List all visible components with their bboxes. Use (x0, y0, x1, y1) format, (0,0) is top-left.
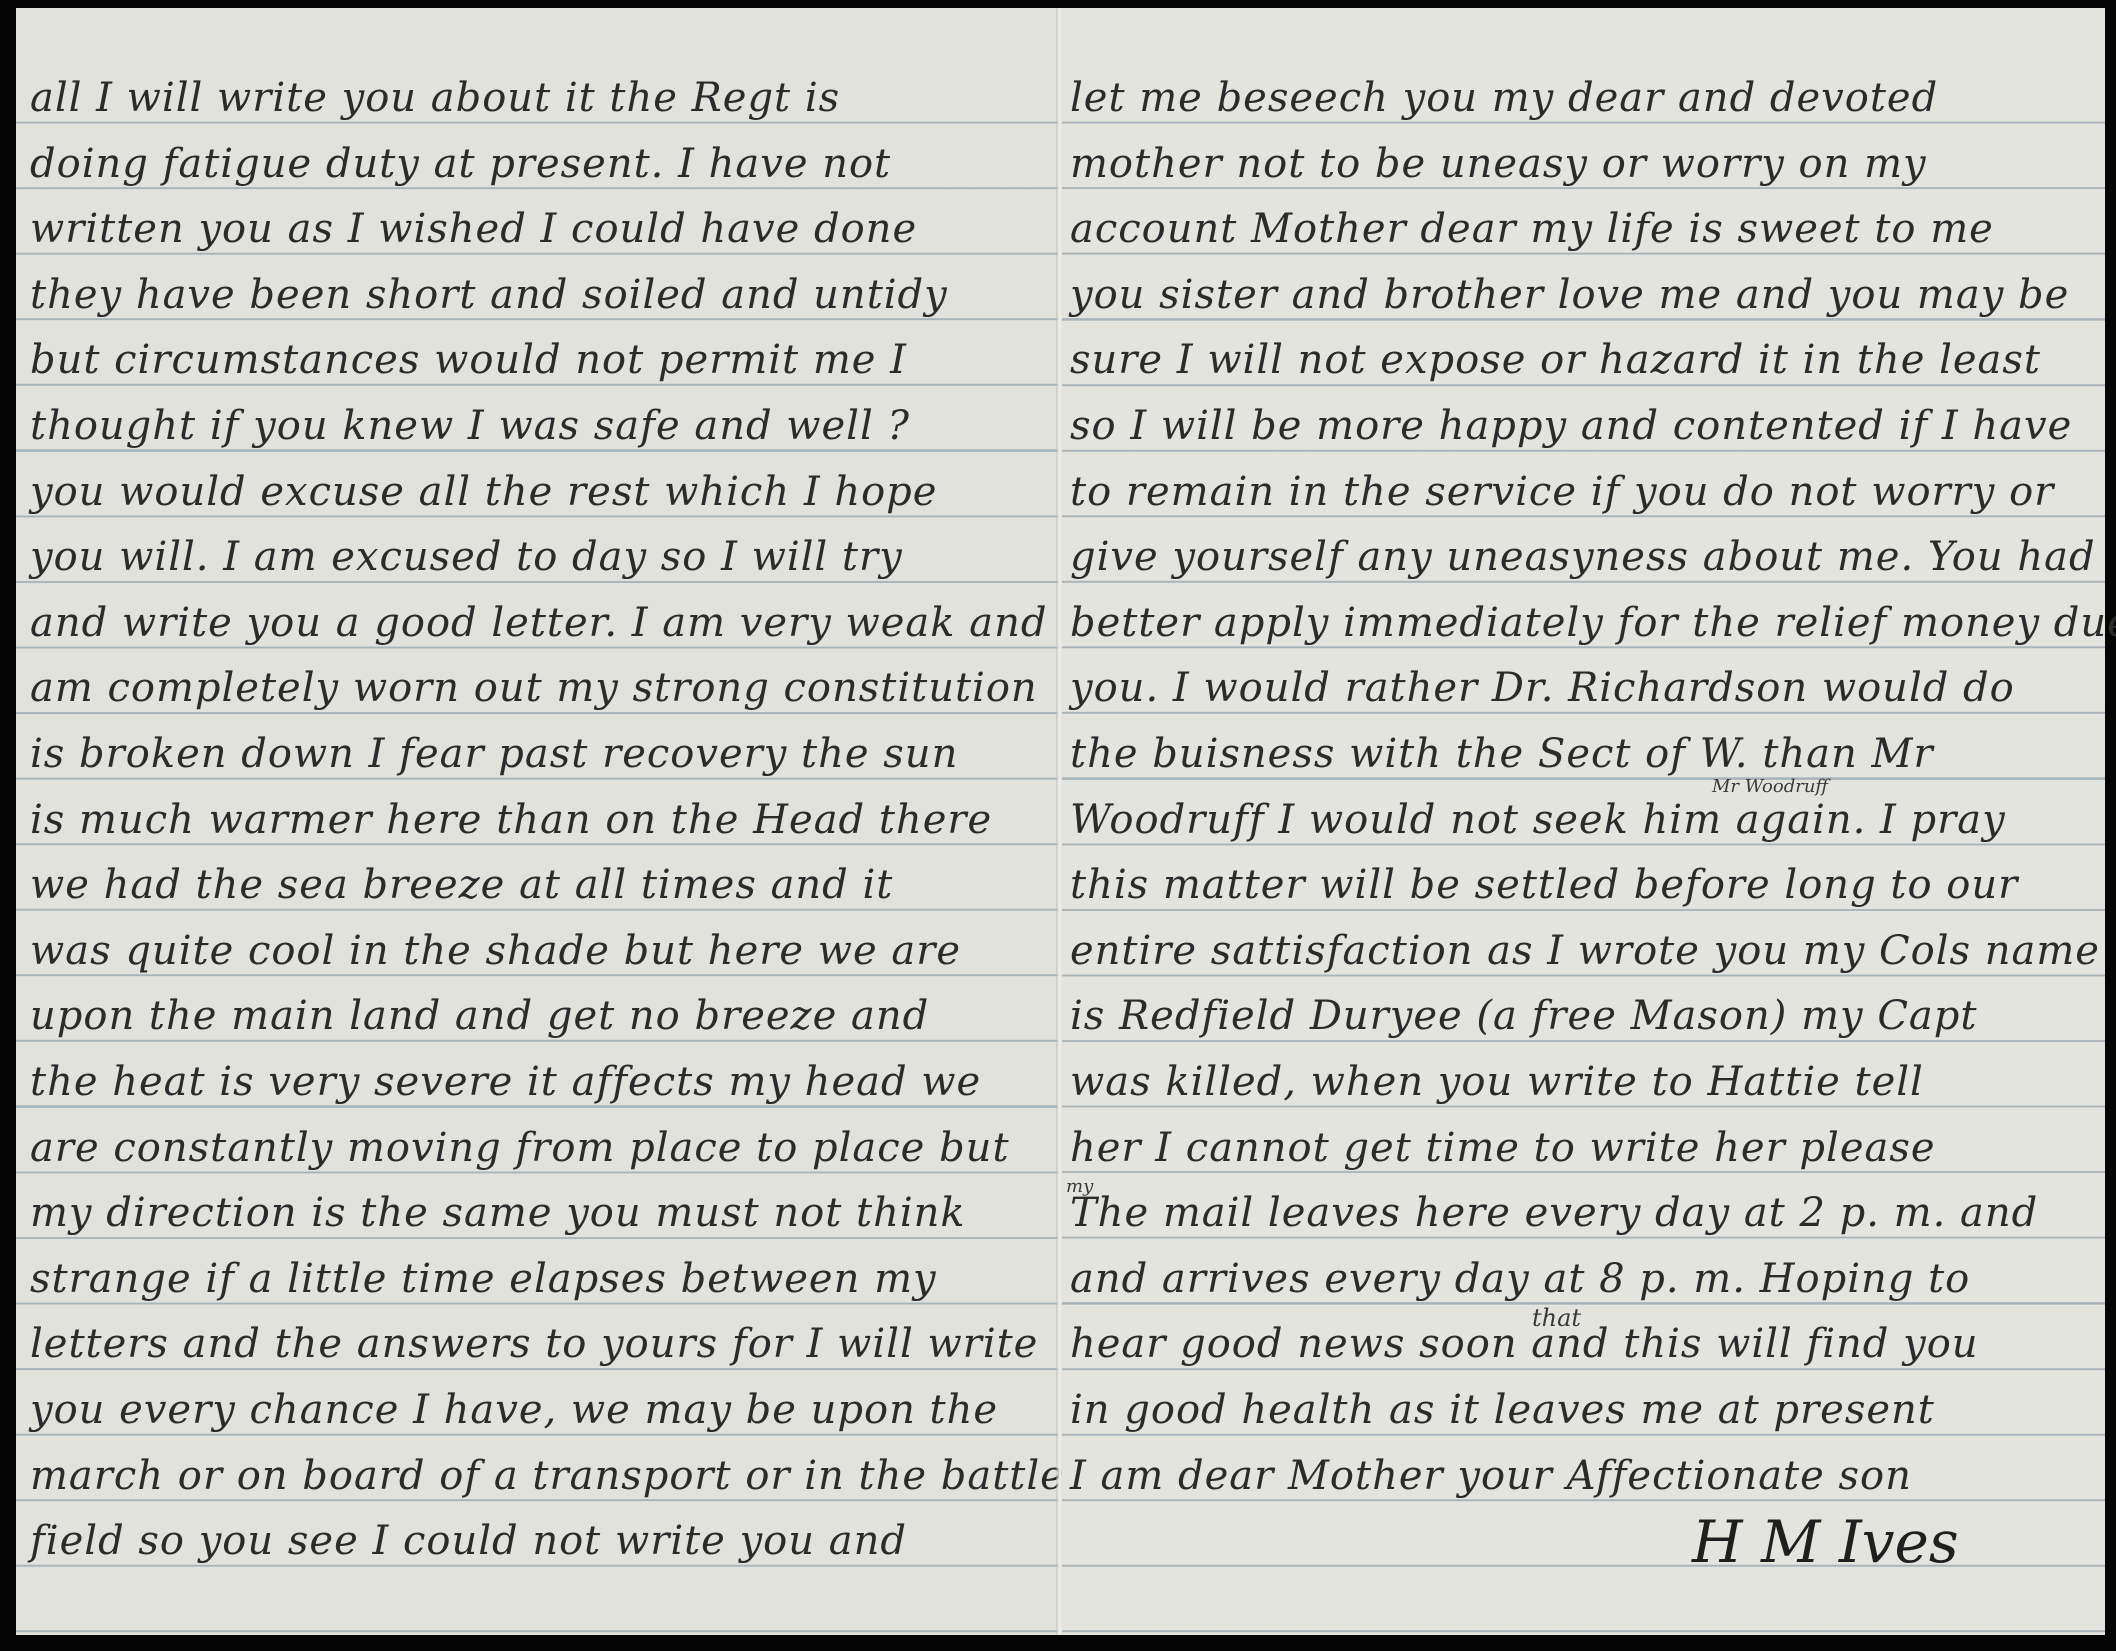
letter-line: doing fatigue duty at present. I have no… (30, 144, 891, 184)
letter-line: march or on board of a transport or in t… (30, 1456, 1065, 1496)
letter-line: account Mother dear my life is sweet to … (1070, 209, 1994, 249)
letter-line: hear good news soon and this will find y… (1070, 1324, 1979, 1364)
letter-line: letters and the answers to yours for I w… (30, 1324, 1038, 1364)
letter-line: let me beseech you my dear and devoted (1070, 78, 1938, 118)
letter-line: you sister and brother love me and you m… (1070, 275, 2069, 315)
letter-line: thought if you knew I was safe and well … (30, 406, 910, 446)
letter-line: and write you a good letter. I am very w… (30, 603, 1047, 643)
letter-line: the buisness with the Sect of W. than Mr (1070, 734, 1934, 774)
letter-line: you will. I am excused to day so I will … (30, 537, 903, 577)
letter-line: her I cannot get time to write her pleas… (1070, 1128, 1936, 1168)
letter-line: to remain in the service if you do not w… (1070, 472, 2054, 512)
letter-line: this matter will be settled before long … (1070, 865, 2018, 905)
letter-line: so I will be more happy and contented if… (1070, 406, 2072, 446)
letter-line: is much warmer here than on the Head the… (30, 800, 992, 840)
letter-line: we had the sea breeze at all times and i… (30, 865, 893, 905)
letter-line: mother not to be uneasy or worry on my (1070, 144, 1927, 184)
letter-line: they have been short and soiled and unti… (30, 275, 948, 315)
right-page: let me beseech you my dear and devoted m… (1062, 8, 2105, 1635)
letter-line: the heat is very severe it affects my he… (30, 1062, 981, 1102)
letter-line: my direction is the same you must not th… (30, 1193, 966, 1233)
letter-line: better apply immediately for the relief … (1070, 603, 2116, 643)
letter-line: The mail leaves here every day at 2 p. m… (1070, 1193, 2038, 1233)
letter-paper: all I will write you about it the Regt i… (16, 8, 2105, 1635)
letter-line: strange if a little time elapses between… (30, 1259, 937, 1299)
letter-line: was killed, when you write to Hattie tel… (1070, 1062, 1924, 1102)
letter-line: written you as I wished I could have don… (30, 209, 917, 249)
letter-line: in good health as it leaves me at presen… (1070, 1390, 1935, 1430)
letter-line: upon the main land and get no breeze and (30, 996, 929, 1036)
letter-line: is broken down I fear past recovery the … (30, 734, 958, 774)
letter-line: but circumstances would not permit me I (30, 340, 907, 380)
signature: H M Ives (1692, 1508, 1959, 1576)
letter-line: entire sattisfaction as I wrote you my C… (1070, 931, 2100, 971)
letter-line: all I will write you about it the Regt i… (30, 78, 840, 118)
interlinear-note-woodruff: Mr Woodruff (1712, 776, 1828, 797)
letter-line: and arrives every day at 8 p. m. Hoping … (1070, 1259, 1970, 1299)
letter-line: give yourself any uneasyness about me. Y… (1070, 537, 2096, 577)
letter-line: am completely worn out my strong constit… (30, 668, 1038, 708)
letter-line: field so you see I could not write you a… (30, 1521, 907, 1561)
letter-line: are constantly moving from place to plac… (30, 1128, 1010, 1168)
letter-line: is Redfield Duryee (a free Mason) my Cap… (1070, 996, 1977, 1036)
letter-line: you would excuse all the rest which I ho… (30, 472, 937, 512)
letter-line: you every chance I have, we may be upon … (30, 1390, 998, 1430)
letter-line: Woodruff I would not seek him again. I p… (1070, 800, 2006, 840)
letter-line: sure I will not expose or hazard it in t… (1070, 340, 2041, 380)
letter-line: I am dear Mother your Affectionate son (1070, 1456, 1912, 1496)
letter-line: was quite cool in the shade but here we … (30, 931, 961, 971)
left-page: all I will write you about it the Regt i… (16, 8, 1060, 1635)
letter-line: you. I would rather Dr. Richardson would… (1070, 668, 2015, 708)
